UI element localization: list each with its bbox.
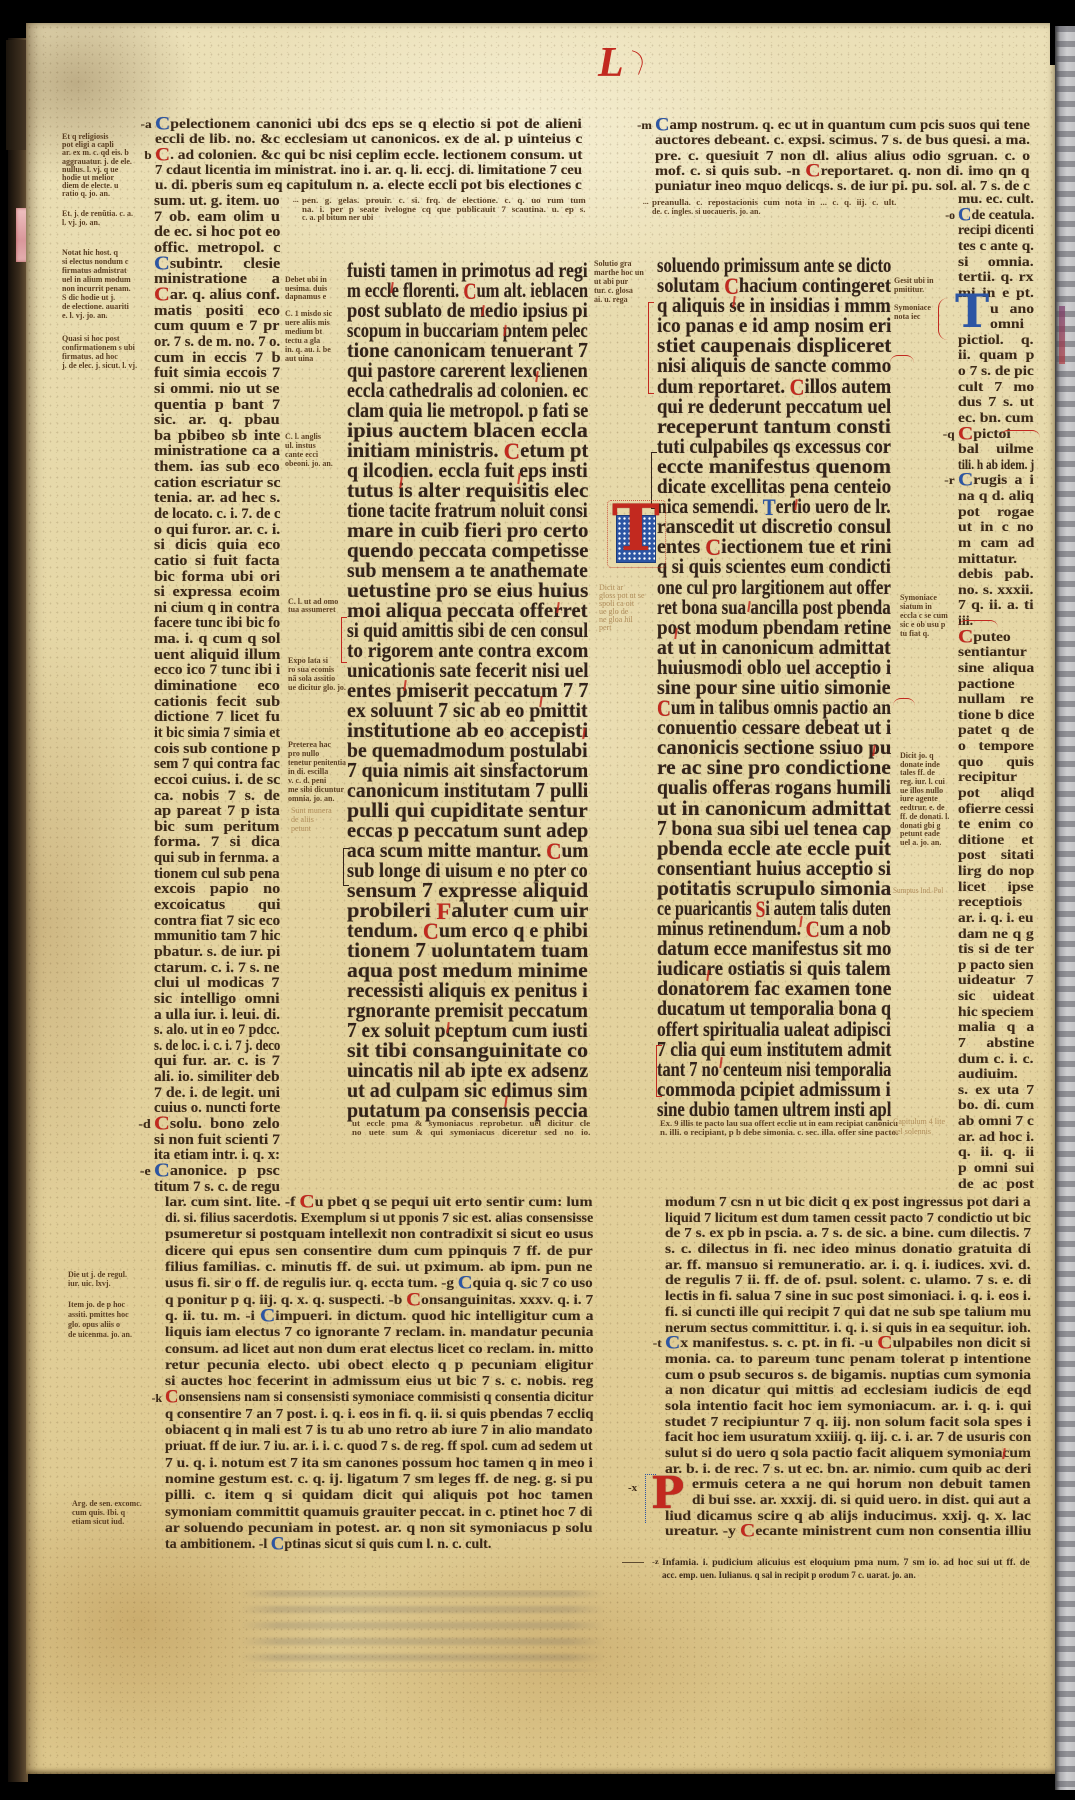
gloss-line: 7 abstine bbox=[958, 1036, 1034, 1052]
gloss-line: bo. di. cum bbox=[958, 1098, 1034, 1114]
note-line: cante ecci bbox=[285, 450, 318, 459]
gloss-line: cationis fecit sub bbox=[154, 695, 280, 711]
note-line: v. c. d. peni bbox=[288, 776, 326, 785]
gloss-line: a non dicatur qui mittis ad ecclesiam iu… bbox=[665, 1383, 1031, 1399]
gloss-line: lectis in fi. salua 7 sine in suc post s… bbox=[665, 1289, 1031, 1305]
gloss-line: patet q de bbox=[958, 723, 1034, 739]
text-line: qualis offeras rogans humili bbox=[657, 777, 891, 797]
text-line: minus retinendum. Cum a nob bbox=[657, 918, 891, 938]
top-gloss-right: -mCamp nostrum. q. ec ut in quantum cum … bbox=[655, 118, 1030, 194]
gloss-line: o 7 s. de pic bbox=[958, 364, 1034, 380]
text-line: commoda pcipiet admissum i bbox=[657, 1079, 891, 1099]
note-line: de uicenma. jo. an. bbox=[68, 1330, 132, 1340]
text-line: m eccle florenti. Cum alt. ieblacen bbox=[347, 280, 588, 300]
note-line: eccla c se cum bbox=[900, 611, 948, 620]
text-line: probileri Faluter cum uir bbox=[347, 900, 588, 920]
gloss-line: matis positi eco bbox=[154, 304, 280, 320]
gloss-line: tione b dice bbox=[958, 708, 1035, 724]
gloss-line: ctarum. c. i. 7 s. ne bbox=[154, 961, 280, 977]
gloss-reference-marker: -d bbox=[138, 1117, 150, 1133]
text-line: aca scum mitte mantur. Cum bbox=[347, 840, 588, 860]
gloss-line: receptiois bbox=[958, 895, 1022, 911]
gloss-line: facere tunc ibi bic fo bbox=[154, 616, 280, 632]
gloss-line: ofierre cessi bbox=[958, 802, 1034, 818]
note-line: petunt bbox=[291, 824, 311, 833]
gloss-line: ar. i. q. i. eu bbox=[958, 911, 1033, 927]
gloss-line: p pacto sien bbox=[958, 958, 1034, 974]
gloss-reference-marker: -o bbox=[945, 208, 955, 224]
note-line: Item jo. de p hoc bbox=[68, 1300, 125, 1310]
note-line: aut uina bbox=[285, 354, 313, 363]
gloss-line: obiacent q in mali est 7 is tu ab uno re… bbox=[165, 1423, 593, 1439]
gloss-line: u ano bbox=[990, 302, 1034, 318]
gloss-line: cation escriatur sc bbox=[154, 476, 281, 492]
gloss-line: dam ne q g bbox=[958, 927, 1034, 943]
note-line: si electus nondum c bbox=[62, 257, 128, 266]
gloss-reference-marker: -x bbox=[628, 1482, 637, 1494]
text-line: unicationis sate fecerit nisi uel bbox=[347, 660, 588, 680]
note-line: C. 1 misdo sic bbox=[285, 309, 332, 318]
gloss-line: quo quis bbox=[958, 755, 1034, 771]
gloss-line: sine aliqua bbox=[958, 661, 1034, 677]
note-line: uel a. jo. an. bbox=[900, 839, 941, 848]
gloss-line: na q d. aliq bbox=[958, 489, 1034, 505]
text-line: post modum pbendam retine bbox=[657, 617, 891, 637]
note-line: Die ut j. de regul. bbox=[68, 1270, 127, 1279]
gloss-line: o tempore bbox=[958, 739, 1034, 755]
gloss-line: -kConsensiens nam si consensisti symonia… bbox=[165, 1390, 593, 1406]
bottom-gloss-right: modum 7 csn n ut bic dicit q ex post ing… bbox=[665, 1195, 1031, 1540]
red-initial: C bbox=[958, 423, 973, 444]
gloss-line: si omnia. bbox=[958, 255, 1034, 271]
gloss-reference-marker: -k bbox=[152, 1390, 162, 1406]
note-line: de aliis bbox=[291, 815, 314, 824]
gloss-line: ma. i. q cum q sol bbox=[154, 632, 280, 648]
gloss-line: bic forma ubi ori bbox=[154, 570, 280, 586]
note-line: Symoniace bbox=[894, 303, 931, 312]
gloss-line: sem 7 qui contra fac bbox=[154, 757, 280, 773]
note-line: Expo lata si bbox=[288, 656, 328, 665]
text-line: ret bona sua ancilla post pbenda bbox=[657, 597, 891, 617]
main-text-column-2: soluendo primissum ante se dictosolutam … bbox=[657, 255, 891, 1119]
gloss-line: dus 7 s. ut bbox=[958, 395, 1034, 411]
gloss-line: mittatur. bbox=[958, 552, 1017, 568]
note-line: ro sua ecomis bbox=[288, 665, 334, 674]
gloss-line: si dicis quia eco bbox=[154, 538, 280, 554]
note-line: firmatus admistrat bbox=[62, 266, 127, 275]
note-line: dapnamus e bbox=[285, 293, 326, 302]
note-line: non incurrit penam. bbox=[62, 284, 131, 293]
text-line: at ut in canonicum admittat bbox=[657, 637, 891, 657]
gloss-line: retur pecunia electo. ubi obect electo q… bbox=[165, 1358, 594, 1374]
gloss-line: excois papio no bbox=[154, 882, 280, 898]
next-leaf-initial bbox=[1059, 306, 1065, 364]
text-line: offert spiritualia ualeat adipisci bbox=[657, 1019, 891, 1039]
text-line: tendum. Cum erco q e phibi bbox=[347, 920, 588, 940]
running-head: L bbox=[598, 42, 624, 84]
text-line: qui pastore carerent lexclienen bbox=[347, 360, 588, 380]
text-line: entes pmiserit peccatum 7 7 bbox=[347, 680, 588, 700]
margin-note: C. l. ut ad omotua assumeret bbox=[288, 598, 346, 614]
gloss-line: titum 7 s. c. de regu bbox=[154, 1180, 280, 1196]
text-line: clam quia lie metropol. p fati se bbox=[347, 400, 588, 420]
gloss-line: diminatione eco bbox=[154, 679, 280, 695]
gloss-line: q consentire 7 an 7 post. i. q. i. eos i… bbox=[165, 1407, 593, 1423]
note-line: Solutio gra bbox=[594, 259, 632, 268]
gloss-line: te enim co bbox=[958, 817, 1034, 833]
gloss-line: 7 u. q. i. notum est 7 ita sm canones po… bbox=[165, 1456, 593, 1472]
gloss-line: tionem cul sub pena bbox=[154, 867, 280, 883]
margin-note: Symoniacenota iec bbox=[894, 303, 954, 321]
margin-note: Et. j. de renũtia. c. a.l. vj. jo. an. bbox=[62, 210, 148, 227]
gloss-line: or. 7 s. de m. no. 7 o. bbox=[154, 335, 280, 351]
gloss-line: q. ii. q. ii bbox=[958, 1145, 1034, 1161]
text-line: tione tacite fratrum noluit consi bbox=[347, 500, 588, 520]
margin-note-faint: Dicit argloss pot ut sespoli ca oitue gl… bbox=[599, 584, 651, 632]
gloss-line: sum. ut. g. item. uo bbox=[154, 194, 280, 210]
gloss-line: pilli. c. item q si quidam dicit qui ali… bbox=[165, 1488, 593, 1504]
text-line: sensum 7 expresse aliquid bbox=[347, 880, 588, 900]
gloss-line: 7 q. ii. a. ti bbox=[958, 598, 1034, 614]
note-line: tua assumeret bbox=[288, 606, 336, 614]
blue-initial: C bbox=[958, 470, 973, 491]
gloss-line: p omni sui bbox=[958, 1161, 1034, 1177]
gloss-line: malia q a bbox=[958, 1020, 1034, 1036]
note-line: tectu a gla bbox=[285, 336, 320, 345]
blue-initial: C bbox=[260, 1305, 275, 1326]
paragraph-bracket bbox=[343, 848, 349, 886]
gloss-line: s. alo. ut in eo 7 pdcc. bbox=[154, 1023, 280, 1039]
text-line: 7 clia qui eum institutem admit bbox=[657, 1039, 891, 1059]
text-line: ranscedit ut discretio consul bbox=[657, 516, 891, 536]
text-line: recessisti aliquis ex penitus i bbox=[347, 980, 588, 1000]
text-line: mare in cuib fieri pro certo bbox=[347, 520, 588, 540]
decorated-initial-p: P bbox=[651, 1472, 684, 1516]
gloss-line: -rCrugis a i bbox=[958, 473, 1034, 489]
text-line: consentiant huius acceptio si bbox=[657, 858, 891, 878]
gloss-line: si expressa ecoim bbox=[154, 585, 280, 601]
gloss-line: it bic simia 7 simia et bbox=[154, 726, 280, 742]
gloss-reference-marker: ... bbox=[643, 199, 649, 208]
paragraph-bracket bbox=[656, 1045, 662, 1097]
gloss-line: ministratione ca a bbox=[154, 444, 280, 460]
note-line: confirmationem s ubi bbox=[62, 343, 135, 352]
gloss-line: clui ul modicas 7 bbox=[154, 976, 279, 992]
note-line: uel in alium modum bbox=[62, 275, 131, 284]
red-flourish-icon bbox=[893, 698, 915, 707]
note-line: -zInfamia. i. pudicium alicuius est eloq… bbox=[662, 1556, 1030, 1569]
red-initial: C bbox=[958, 626, 973, 647]
text-line: dum reportaret. Cillos autem bbox=[657, 376, 891, 396]
text-line: q aliquis se in insidias i mmm bbox=[657, 295, 891, 315]
text-line: nica semendi. Tertio uero de lr. bbox=[657, 496, 891, 516]
text-line: sit tibi consanguinitate co bbox=[347, 1040, 588, 1060]
red-initial: C bbox=[406, 1289, 421, 1310]
text-line: uetustine pro se eius huius bbox=[347, 580, 588, 600]
gloss-line: di. si. filius sacerdotis. Exemplum si u… bbox=[165, 1211, 593, 1227]
gloss-line: u. di. pberis sum eq capitulum n. a. ele… bbox=[155, 178, 582, 193]
margin-note: Symoniacesiatum ineccla c se cumsic e ob… bbox=[900, 593, 956, 638]
note-line: uere aliis mis bbox=[285, 318, 330, 327]
gloss-line: dictione 7 licet fu bbox=[154, 710, 280, 726]
red-initial: C bbox=[299, 1191, 314, 1212]
text-line: canonicis sectione ssiuo pu bbox=[657, 737, 891, 757]
gloss-line: sic intelligo omni bbox=[154, 992, 280, 1008]
gloss-line: si ommi. nio ut se bbox=[154, 382, 279, 398]
gloss-line: de ec. si hoc pot eo bbox=[154, 225, 280, 241]
margin-note-faint: Sumptus Ind. Pol bbox=[893, 886, 943, 895]
text-line: be quemadmodum postulabi bbox=[347, 740, 588, 760]
note-line: acc. emp. uen. Iulianus. q sal in recipi… bbox=[662, 1569, 916, 1582]
note-line: assiti. pmittes hoc bbox=[68, 1310, 129, 1320]
note-line: n. illi. o recipiant, p b debe simonia. … bbox=[660, 1129, 898, 1138]
note-line: in. q. au. i. be bbox=[285, 345, 331, 354]
gloss-line: priuat. ff de iur. 7 iu. ar. i. i. c. qu… bbox=[165, 1439, 593, 1455]
margin-note: Et q religiosispot eligi a capliar. ex m… bbox=[62, 133, 150, 199]
gloss-line: bal uilme bbox=[958, 442, 1034, 458]
note-line: ul. instus bbox=[285, 441, 316, 450]
note-line: Notat hic host. q bbox=[62, 248, 118, 257]
note-line: sic e ob usu p bbox=[900, 620, 945, 629]
margin-note-faint: Sunt munerade aliispetunt bbox=[291, 806, 345, 833]
text-line: Cum in talibus omnis pactio an bbox=[657, 697, 891, 717]
text-line: ut ad culpam sic edimus sim bbox=[347, 1080, 588, 1100]
gloss-line: nullam re bbox=[958, 692, 1034, 708]
gloss-line: -aCpelectionem canonici ubi dcs eps se q… bbox=[155, 117, 582, 132]
closing-note: -zInfamia. i. pudicium alicuius est eloq… bbox=[662, 1556, 1030, 1581]
text-line: institutione ab eo accepisti bbox=[347, 720, 588, 740]
gloss-line: ab omni 7 c bbox=[958, 1114, 1034, 1130]
gloss-line: ba pbibeo sb inte bbox=[154, 429, 280, 445]
margin-note: Notat hic host. qsi electus nondum cfirm… bbox=[62, 248, 150, 320]
gloss-line: si non fuit scienti 7 bbox=[154, 1133, 280, 1149]
gloss-line: de 7 s. ex pb in pscia. a. 7 s. de sic. … bbox=[665, 1226, 1031, 1242]
gloss-line: ut in c no bbox=[958, 520, 1034, 536]
gloss-line: ca. nobis 7 s. de bbox=[154, 789, 280, 805]
gloss-line: cuius o. nuncti forte bbox=[154, 1101, 280, 1117]
text-line: q si quis scientes eum condicti bbox=[657, 556, 891, 576]
gloss-line: bic sum peritum bbox=[154, 820, 279, 836]
gloss-line: cult 7 mo bbox=[958, 380, 1034, 396]
right-gloss-column: mu. ec. cult.-oCde ceatula.recipi dicent… bbox=[958, 192, 1034, 1192]
text-line: tuti culpabiles qs excessus cor bbox=[657, 436, 891, 456]
text-line: donatorem fac examen tone bbox=[657, 978, 891, 998]
gloss-line: ureatur. -y Cecante ministrent cum non c… bbox=[665, 1524, 1031, 1540]
gloss-line: eccoi cuius. i. de sc bbox=[154, 773, 280, 789]
note-line: medium bt bbox=[285, 327, 322, 336]
text-line: scopum in buccariam pntem pelec bbox=[347, 320, 588, 340]
text-line: si quid amittis sibi de cen consul bbox=[347, 620, 588, 640]
gloss-line: ar. ad hoc i. bbox=[958, 1130, 1034, 1146]
gloss-line: ecco ico 7 tunc ibi i bbox=[154, 663, 280, 679]
note-line: etiam sicut iud. bbox=[72, 1517, 124, 1526]
note-line: nã sola assitio bbox=[288, 674, 335, 683]
gloss-line: pre. c. quesiuit 7 non dl. alius alius o… bbox=[655, 149, 1030, 164]
gloss-line: mmunitio tam 7 hic bbox=[154, 929, 280, 945]
text-line: pbenda eccle ate eccle puit bbox=[657, 838, 891, 858]
note-line: de. c. ingles. si uocaueris. jo. an. bbox=[652, 208, 760, 217]
gloss-reference-marker: -z bbox=[652, 1556, 659, 1569]
gloss-line: post sitati bbox=[958, 848, 1034, 864]
text-line: to rigorem ante contra excom bbox=[347, 640, 588, 660]
gloss-line: ditione et bbox=[958, 833, 1034, 849]
blue-initial: C bbox=[458, 1273, 473, 1294]
gloss-line: tis si de ter bbox=[958, 942, 1034, 958]
note-line: Gesit ubi in bbox=[894, 276, 934, 285]
gloss-line: ermuis cetera a ne qui horum non debuit … bbox=[692, 1477, 1031, 1493]
gloss-line: uent aliquid illum bbox=[154, 648, 280, 664]
gloss-line: sentiantur bbox=[958, 645, 1027, 661]
next-leaf-edge bbox=[1055, 26, 1075, 1790]
text-line: potitatis scrupulo simonia bbox=[657, 878, 891, 898]
text-line: 7 bona sua sibi uel tenea cap bbox=[657, 818, 891, 838]
note-line: Preterea hac bbox=[288, 740, 331, 749]
gloss-line: qui sub in fernma. a bbox=[154, 851, 279, 867]
gloss-line: -tCx manifestus. s. c. pt. in fi. -u Cul… bbox=[665, 1336, 1031, 1352]
left-gloss-column: sum. ut. g. item. uo7 ob. eam olim ude e… bbox=[154, 194, 280, 1195]
gloss-line: liquid 7 licitum est dum tamen cessit pa… bbox=[665, 1211, 1031, 1227]
gloss-line: ni cium q in contra bbox=[154, 601, 280, 617]
note-line: pro nullo bbox=[288, 749, 319, 758]
text-line: ex soluunt 7 sic ab eo pmittit bbox=[347, 700, 588, 720]
gloss-line: quentia p bant 7 bbox=[154, 398, 280, 414]
text-line: tant 7 no centeum nisi temporalia bbox=[657, 1059, 891, 1079]
gloss-line: ar. b. i. de rec. 7 s. ut ec. bn. ar. ni… bbox=[665, 1462, 1031, 1478]
text-line: post sublato de medio ipsius pi bbox=[347, 300, 588, 320]
gloss-line: eccli de lib. no. &c ecclesiam ut canoni… bbox=[155, 132, 582, 147]
gloss-line: consum. ad licet aut non dum erat electu… bbox=[165, 1342, 593, 1358]
gloss-line: liud dicamus scire q ab alijs inducimus.… bbox=[665, 1509, 1031, 1525]
text-line: tionem 7 uoluntatem tuam bbox=[347, 940, 588, 960]
text-line: re ac sine pro condictione bbox=[657, 757, 891, 777]
gloss-line: tes c ante q. bbox=[958, 239, 1034, 255]
gloss-line: -dCsolu. bono zelo bbox=[154, 1117, 280, 1133]
gloss-line: ap pareat 7 p ista bbox=[154, 804, 280, 820]
red-initial: C bbox=[165, 1387, 178, 1408]
note-line: tu fiat q. bbox=[900, 629, 929, 638]
gloss-line: them. ias sub eco bbox=[154, 460, 280, 476]
gloss-line: recipitur bbox=[958, 770, 1017, 786]
gloss-line: facit hoc iem usuratum xxiiij. q. iij. c… bbox=[665, 1430, 1031, 1446]
gloss-line: ministratione a bbox=[154, 272, 280, 288]
gloss-line: cum o psub securos s. de bigamis. nuptia… bbox=[665, 1368, 1031, 1384]
gloss-line: tenia. ar. ad hec s. bbox=[154, 491, 280, 507]
gloss-line: -eCanonice. p psc bbox=[154, 1164, 280, 1180]
note-line: nota iec bbox=[894, 312, 920, 321]
gloss-line: -mCamp nostrum. q. ec ut in quantum cum … bbox=[655, 118, 1030, 133]
gloss-line: forma. 7 si dica bbox=[154, 835, 280, 851]
text-line: eccla cathedralis ad colonien. ec bbox=[347, 380, 588, 400]
text-line: huiusmodi oblo uel acceptio i bbox=[657, 657, 891, 677]
note-line: firmatus. ad hoc bbox=[62, 352, 118, 361]
gloss-line: pactione bbox=[958, 677, 1015, 693]
note-line: ai. u. rega bbox=[594, 295, 628, 304]
gloss-line: ta ambitionem. -l Cptinas sicut si quis … bbox=[165, 1537, 491, 1553]
text-line: sub mensem a te anathemate bbox=[347, 560, 588, 580]
gloss-line: ar soluendo pecuniam in potest. ar. q no… bbox=[165, 1521, 593, 1537]
margin-note: Preterea hacpro nullotenetur penitentiai… bbox=[288, 740, 346, 803]
text-line: sine pour sine uitio simonie bbox=[657, 677, 891, 697]
note-line: marthe hoc un bbox=[594, 268, 644, 277]
gloss-line: contra fiat 7 sic eco bbox=[154, 914, 280, 930]
note-line: Arg. de sen. excomc. bbox=[72, 1499, 142, 1508]
note-line: Symoniace bbox=[900, 593, 937, 602]
note-line: Quasi si hoc post bbox=[62, 334, 120, 343]
gloss-line: pbatur. s. de iur. pi bbox=[154, 945, 280, 961]
note-pointer-line bbox=[622, 1562, 644, 1563]
red-flourish-icon bbox=[958, 620, 998, 629]
text-line: sine dubio tamen ultrem insti apl bbox=[657, 1099, 891, 1119]
margin-note: C. l. anglisul. instuscante ecciobeoni. … bbox=[285, 432, 345, 468]
gloss-line: sic uideat bbox=[958, 989, 1034, 1005]
gloss-line: pot rogae bbox=[958, 505, 1034, 521]
note-line: ue dicitur glo. jo. bbox=[288, 683, 346, 692]
note-line: e. l. vj. jo. an. bbox=[62, 311, 108, 320]
text-line: ipius auctem blacen eccla bbox=[347, 420, 588, 440]
decorated-initial-t: T bbox=[612, 503, 659, 564]
note-line: tur. c. glosa bbox=[594, 286, 633, 295]
gloss-line: pot aliqd bbox=[958, 786, 1034, 802]
note-line: c. a. pl bitum ner ubi bbox=[302, 214, 373, 223]
gloss-reference-marker: -e bbox=[140, 1164, 151, 1180]
note-line: S dic hodie ut j. bbox=[62, 293, 115, 302]
text-line: pulli qui cupiditate sentur bbox=[347, 800, 588, 820]
note-line: omnia. jo. an. bbox=[288, 794, 334, 803]
note-line: ratio q. jo. an. bbox=[62, 190, 110, 198]
text-line: eccte manifestus quenom bbox=[657, 456, 891, 476]
gloss-line: modum 7 csn n ut bic dicit q ex post ing… bbox=[665, 1195, 1031, 1211]
text-line: ico panas e id amp nosim eri bbox=[657, 315, 891, 335]
red-flourish-icon bbox=[1000, 430, 1040, 439]
margin-note: Item jo. de p hocassiti. pmittes hocglo.… bbox=[68, 1300, 158, 1340]
gloss-line: recipi dicenti bbox=[958, 223, 1034, 239]
gloss-line: -oCde ceatula. bbox=[958, 208, 1034, 224]
text-line: putatum pa consensis peccia bbox=[347, 1100, 588, 1120]
margin-note: Gesit ubi inpmititur. bbox=[894, 276, 954, 294]
text-line: tione canonicam tenuerant 7 bbox=[347, 340, 588, 360]
text-line: aqua post medum minime bbox=[347, 960, 588, 980]
gloss-line: dicere qui epus sen consentire dum cum p… bbox=[165, 1244, 593, 1260]
text-line: 7 quia nimis ait sinsfactorum bbox=[347, 760, 588, 780]
gloss-line: Csubintr. clesie bbox=[154, 257, 280, 273]
gloss-line: de regulis 7 ii. ff. de of. psul. solent… bbox=[665, 1273, 1031, 1289]
text-line: one cul pro largitionem aut offer bbox=[657, 577, 891, 597]
gloss-line: q. ii. tu. m. -i Cimpueri. in dictum. qu… bbox=[165, 1309, 594, 1325]
gloss-line: qui fur. ar. c. is 7 bbox=[154, 1054, 280, 1070]
gloss-line: cois sub contione p bbox=[154, 742, 280, 758]
margin-note: Die ut j. de regul.iur. uic. lxvj. bbox=[68, 1270, 158, 1288]
blue-initial: C bbox=[271, 1534, 285, 1555]
gloss-line: hic speciem bbox=[958, 1005, 1034, 1021]
gloss-reference-marker: -a bbox=[141, 117, 152, 132]
margin-note: Quasi si hoc postconfirmationem s ubifir… bbox=[62, 334, 152, 370]
text-line: qui re dederunt peccatum uel bbox=[657, 396, 891, 416]
gloss-line: catio si fuit facta bbox=[154, 554, 280, 570]
column-2-footnote: Ex. 9 illis te pacto lau sua offert eccl… bbox=[660, 1120, 898, 1137]
gloss-line: fi. si cuncti ille qui recipit 7 qui dat… bbox=[665, 1305, 1031, 1321]
gloss-line: q ponitur p q. iij. q. x. q. suspecti. -… bbox=[165, 1293, 593, 1309]
note-line: ut abi pur bbox=[594, 277, 628, 286]
gloss-line: a ulla iur. i. leui. di. bbox=[154, 1008, 280, 1024]
gloss-line: liquis iam electus 7 co ignorante 7 recl… bbox=[165, 1325, 593, 1341]
gloss-line: 7 cdaut licentia im ministrat. ino i. ar… bbox=[155, 163, 582, 178]
gloss-line: cum in eccis 7 b bbox=[154, 351, 281, 367]
margin-note: Debet ubi inuesima. duisdapnamus e bbox=[285, 276, 345, 302]
text-line: entes Ciectionem tue et rini bbox=[657, 536, 891, 556]
gloss-line: usus fi. sir o ff. de regulis iur. q. ec… bbox=[165, 1276, 593, 1292]
main-text-column-1: fuisti tamen in primotus ad regim eccle … bbox=[347, 260, 588, 1120]
note-line: pert bbox=[599, 624, 611, 632]
